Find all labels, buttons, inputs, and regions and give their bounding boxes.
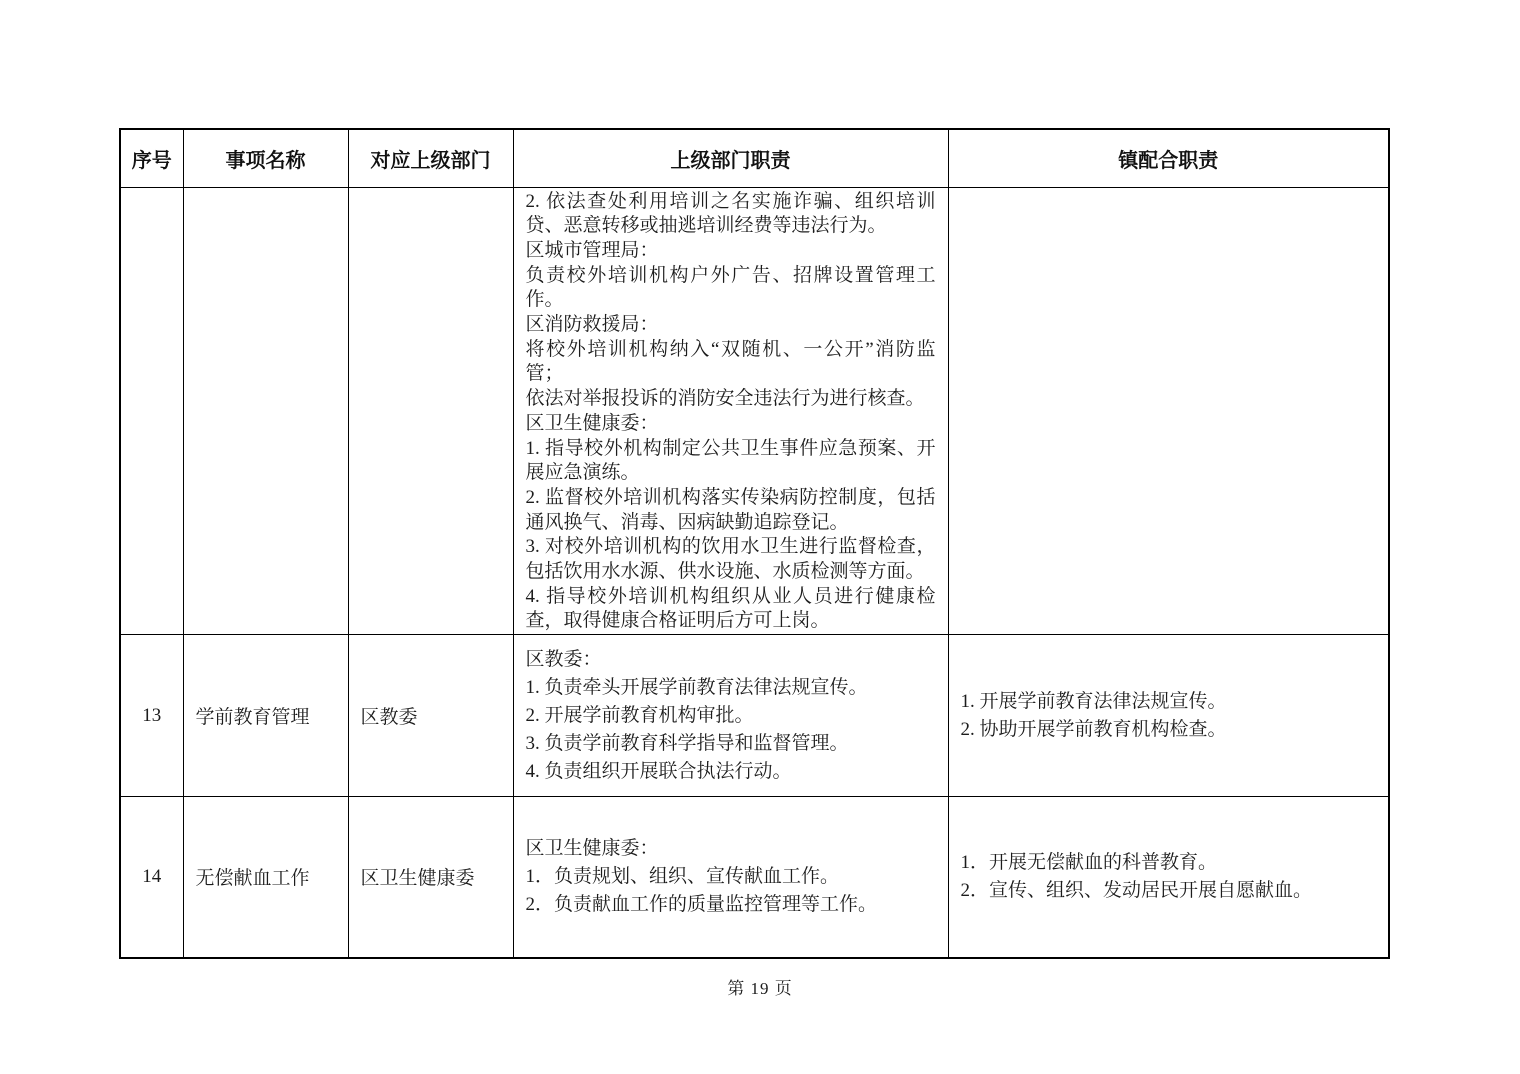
table-row-14: 14 无偿献血工作 区卫生健康委 区卫生健康委：1．负责规划、组织、宣传献血工作… — [120, 797, 1389, 958]
cell-item-name — [183, 187, 348, 635]
header-superior-department: 对应上级部门 — [348, 129, 513, 187]
duty-text-line: 区卫生健康委： — [526, 835, 936, 863]
duty-text-line: 2. 开展学前教育机构审批。 — [526, 702, 936, 730]
duty-text-line: 1. 开展学前教育法律法规宣传。 — [961, 688, 1377, 716]
duty-text-line: 1．负责规划、组织、宣传献血工作。 — [526, 863, 936, 891]
cell-superior-department — [348, 187, 513, 635]
cell-item-name: 学前教育管理 — [183, 635, 348, 797]
cell-town-duties: 1．开展无偿献血的科普教育。2．宣传、组织、发动居民开展自愿献血。 — [948, 797, 1389, 958]
cell-serial-number: 14 — [120, 797, 183, 958]
duty-text-line: 3. 负责学前教育科学指导和监督管理。 — [526, 730, 936, 758]
header-superior-duties: 上级部门职责 — [513, 129, 948, 187]
duty-text-line: 区教委： — [526, 646, 936, 674]
duty-text-line: 2. 依法查处利用培训之名实施诈骗、组织培训贷、恶意转移或抽逃培训经费等违法行为… — [526, 190, 936, 239]
cell-superior-duties: 2. 依法查处利用培训之名实施诈骗、组织培训贷、恶意转移或抽逃培训经费等违法行为… — [513, 187, 948, 635]
page-number: 第 19 页 — [0, 974, 1520, 999]
cell-town-duties: 1. 开展学前教育法律法规宣传。2. 协助开展学前教育机构检查。 — [948, 635, 1389, 797]
duty-text-line: 区城市管理局： — [526, 239, 936, 264]
cell-superior-department: 区卫生健康委 — [348, 797, 513, 958]
cell-serial-number — [120, 187, 183, 635]
duty-text-line: 将校外培训机构纳入“双随机、一公开”消防监管； — [526, 338, 936, 387]
duty-text-line: 依法对举报投诉的消防安全违法行为进行核查。 — [526, 387, 936, 412]
duty-text-line: 区消防救援局： — [526, 313, 936, 338]
cell-superior-duties: 区卫生健康委：1．负责规划、组织、宣传献血工作。2．负责献血工作的质量监控管理等… — [513, 797, 948, 958]
duty-text-line: 2. 监督校外培训机构落实传染病防控制度，包括通风换气、消毒、因病缺勤追踪登记。 — [526, 486, 936, 535]
table-row-continuation: 2. 依法查处利用培训之名实施诈骗、组织培训贷、恶意转移或抽逃培训经费等违法行为… — [120, 187, 1389, 635]
header-item-name: 事项名称 — [183, 129, 348, 187]
duty-text-line: 3. 对校外培训机构的饮用水卫生进行监督检查，包括饮用水水源、供水设施、水质检测… — [526, 535, 936, 584]
duty-text-line: 2. 协助开展学前教育机构检查。 — [961, 716, 1377, 744]
header-town-cooperation-duties: 镇配合职责 — [948, 129, 1389, 187]
duty-text-line: 4. 指导校外培训机构组织从业人员进行健康检查，取得健康合格证明后方可上岗。 — [526, 585, 936, 634]
cell-superior-department: 区教委 — [348, 635, 513, 797]
cell-serial-number: 13 — [120, 635, 183, 797]
duty-text-line: 4. 负责组织开展联合执法行动。 — [526, 758, 936, 786]
cell-superior-duties: 区教委：1. 负责牵头开展学前教育法律法规宣传。2. 开展学前教育机构审批。3.… — [513, 635, 948, 797]
duty-text-line: 负责校外培训机构户外广告、招牌设置管理工作。 — [526, 264, 936, 313]
duty-text-line: 2．负责献血工作的质量监控管理等工作。 — [526, 891, 936, 919]
duty-text-line: 1. 指导校外机构制定公共卫生事件应急预案、开展应急演练。 — [526, 437, 936, 486]
header-serial-number: 序号 — [120, 129, 183, 187]
cell-item-name: 无偿献血工作 — [183, 797, 348, 958]
duty-text-line: 2．宣传、组织、发动居民开展自愿献血。 — [961, 877, 1377, 905]
table-row-13: 13 学前教育管理 区教委 区教委：1. 负责牵头开展学前教育法律法规宣传。2.… — [120, 635, 1389, 797]
document-page: 序号 事项名称 对应上级部门 上级部门职责 镇配合职责 2. 依法查处利用培训之… — [0, 0, 1520, 1074]
duty-text-line: 1．开展无偿献血的科普教育。 — [961, 849, 1377, 877]
cell-town-duties — [948, 187, 1389, 635]
duty-text-line: 1. 负责牵头开展学前教育法律法规宣传。 — [526, 674, 936, 702]
responsibilities-table: 序号 事项名称 对应上级部门 上级部门职责 镇配合职责 2. 依法查处利用培训之… — [119, 128, 1390, 959]
duty-text-line: 区卫生健康委： — [526, 412, 936, 437]
table-header-row: 序号 事项名称 对应上级部门 上级部门职责 镇配合职责 — [120, 129, 1389, 187]
